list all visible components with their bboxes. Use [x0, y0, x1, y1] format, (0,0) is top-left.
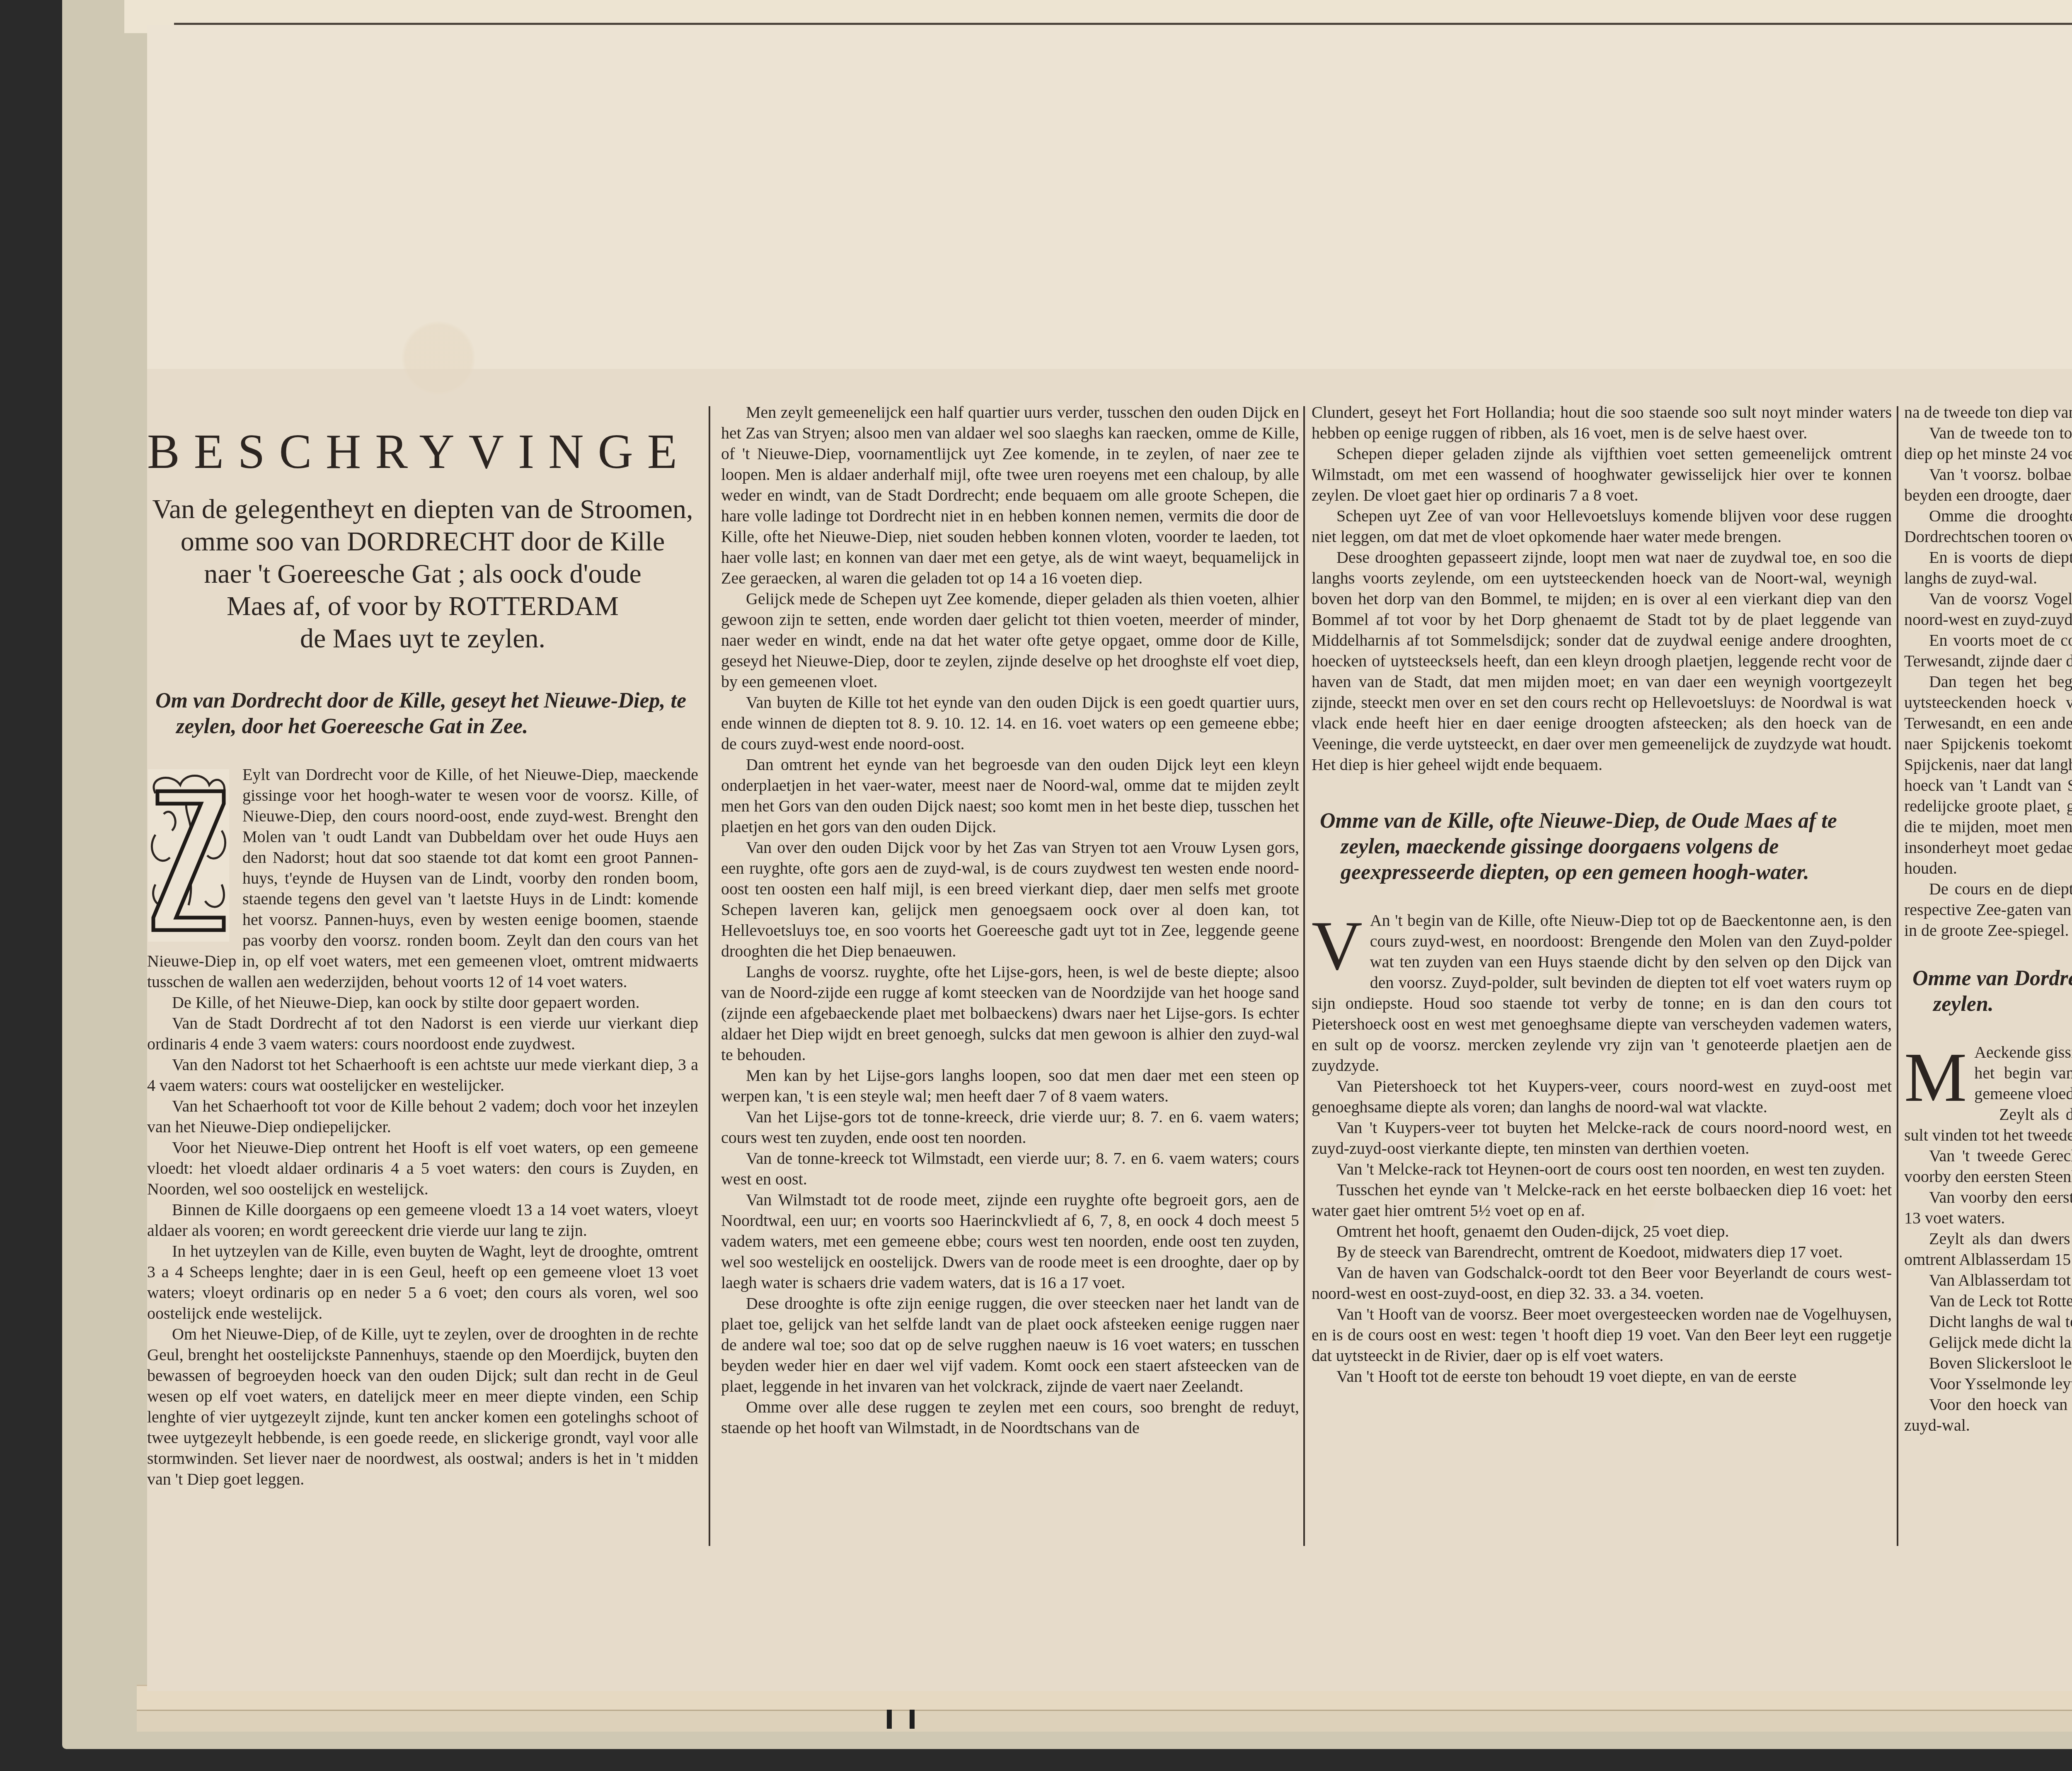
- paragraph: Zeylt als dan dwers over op Alblasserdam…: [1904, 1228, 2072, 1270]
- paragraph: Gelijck mede de Schepen uyt Zee komende,…: [721, 589, 1299, 692]
- paragraph: Men kan by het Lijse-gors langhs loopen,…: [721, 1065, 1299, 1107]
- paragraph: Omme die drooghte op het alderdiepste ov…: [1904, 506, 2072, 547]
- paragraph: Schepen dieper geladen zijnde als vijfth…: [1312, 443, 1892, 506]
- subtitle-line: omme soo van DORDRECHT door de Kille: [147, 526, 698, 558]
- paragraph: Van de haven van Godschalck-oordt tot de…: [1312, 1262, 1892, 1304]
- paragraph: Van Alblasserdam tot de Leck wint de die…: [1904, 1270, 2072, 1291]
- paragraph: Van over den ouden Dijck voor by het Zas…: [721, 837, 1299, 962]
- paragraph: De Kille, of het Nieuwe-Diep, kan oock b…: [147, 992, 698, 1013]
- paragraph: Dese drooghten gepasseert zijnde, loopt …: [1312, 547, 1892, 775]
- opening-paragraph: M Aeckende gissinge op het hoogh-water v…: [1904, 1042, 2072, 1104]
- subtitle-line: de Maes uyt te zeylen.: [147, 623, 698, 655]
- document-subtitle: Van de gelegentheyt en diepten van de St…: [147, 493, 698, 655]
- paragraph: na de tweede ton diep van 16 tot 19 voet…: [1904, 402, 2072, 423]
- paragraph: Voor het Nieuwe-Diep ontrent het Hooft i…: [147, 1137, 698, 1199]
- document-title: BESCHRYVINGE: [147, 423, 698, 481]
- paragraph: Dese drooghte is ofte zijn eenige ruggen…: [721, 1293, 1299, 1397]
- subtitle-line: Maes af, of voor by ROTTERDAM: [147, 590, 698, 623]
- paragraph: En voorts moet de cours genomen worden l…: [1904, 630, 2072, 671]
- paragraph: Voor Ysselmonde leyt een plaetjen, en is…: [1904, 1374, 2072, 1394]
- paragraph: En is voorts de diepte van de voorsz. Vo…: [1904, 547, 2072, 589]
- paragraph: Van de tweede ton tot het tweede bolbaec…: [1904, 423, 2072, 464]
- opening-paragraph: Eylt van Dordrecht voor de Kille, of het…: [147, 764, 698, 992]
- paragraph: Van Wilmstadt tot de roode meet, zijnde …: [721, 1190, 1299, 1293]
- paragraph: Van 't voorsz. bolbaecken tot de Vogelhu…: [1904, 464, 2072, 506]
- paragraph: Van buyten de Kille tot het eynde van de…: [721, 692, 1299, 754]
- paragraph: Voor den hoeck van Kralingen leyt een pl…: [1904, 1394, 2072, 1436]
- paragraph: Schepen uyt Zee of van voor Hellevoetslu…: [1312, 506, 1892, 547]
- paragraph: Gelijck mede dicht langhs de wal voor Cr…: [1904, 1332, 2072, 1353]
- binding-mark: [887, 1710, 892, 1729]
- section-heading: Omme van Dordrecht door het Noordt-diep …: [1912, 966, 2072, 1017]
- paragraph: Van den Nadorst tot het Schaerhooft is e…: [147, 1054, 698, 1096]
- paragraph: Om het Nieuwe-Diep, of de Kille, uyt te …: [147, 1324, 698, 1490]
- paragraph: Clundert, geseyt het Fort Hollandia; hou…: [1312, 402, 1892, 443]
- paragraph: Van voorby den eersten tot voorby den tw…: [1904, 1187, 2072, 1228]
- paragraph: Van 't Melcke-rack tot Heynen-oort de co…: [1312, 1159, 1892, 1180]
- paragraph: Van Pietershoeck tot het Kuypers-veer, c…: [1312, 1076, 1892, 1117]
- paragraph: Binnen de Kille doorgaens op een gemeene…: [147, 1199, 698, 1241]
- paragraph: Dan tegen het begin van 't voorsz Terwes…: [1904, 671, 2072, 879]
- paragraph: Omtrent het hooft, genaemt den Ouden-dij…: [1312, 1221, 1892, 1242]
- paragraph: Dan omtrent het eynde van het begroesde …: [721, 754, 1299, 837]
- paragraph: In het uytzeylen van de Kille, even buyt…: [147, 1241, 698, 1324]
- paragraph: By de steeck van Barendrecht, omtrent de…: [1312, 1242, 1892, 1262]
- decorated-initial-z-icon: [147, 768, 230, 942]
- section-heading: Omme van de Kille, ofte Nieuwe-Diep, de …: [1320, 808, 1892, 885]
- paragraph: Van de Stadt Dordrecht af tot den Nadors…: [147, 1013, 698, 1054]
- sheet-edge-bottom-lower: [137, 1710, 2072, 1732]
- paragraph: De cours en de diepten om van Hellevoets…: [1904, 879, 2072, 941]
- column-rule: [709, 406, 710, 1546]
- paragraph: Van de Leck tot Rotterdam genoeghsame di…: [1904, 1291, 2072, 1311]
- text-column-3: Clundert, geseyt het Fort Hollandia; hou…: [1312, 402, 1892, 1691]
- section-heading: Om van Dordrecht door de Kille, geseyt h…: [155, 688, 698, 739]
- paragraph: Van de tonne-kreeck tot Wilmstadt, een v…: [721, 1148, 1299, 1190]
- paragraph: Van 't Kuypers-veer tot buyten het Melck…: [1312, 1117, 1892, 1159]
- column-rule: [1897, 406, 1898, 1546]
- paragraph: Omme over alle dese ruggen te zeylen met…: [721, 1397, 1299, 1438]
- paragraph: Van het Lijse-gors tot de tonne-kreeck, …: [721, 1107, 1299, 1148]
- paragraph: Van de voorsz Vogelhuysen tot het Terwe-…: [1904, 589, 2072, 630]
- paragraph: Langhs de voorsz. ruyghte, ofte het Lijs…: [721, 962, 1299, 1065]
- paragraph: Boven Slickersloot leyt een plaetjen aen…: [1904, 1353, 2072, 1374]
- paragraph: Men zeylt gemeenelijck een half quartier…: [721, 402, 1299, 589]
- text-column-1: BESCHRYVINGE Van de gelegentheyt en diep…: [147, 402, 698, 1691]
- paragraph: Tusschen het eynde van 't Melcke-rack en…: [1312, 1180, 1892, 1221]
- document-page: GEMEENTE ARCHIEF ✽ ✽ DORDRECHT. BESCHRYV…: [147, 25, 2072, 1691]
- column-rule: [1303, 406, 1305, 1546]
- opening-paragraph: V An 't begin van de Kille, ofte Nieuw-D…: [1312, 910, 1892, 1076]
- subtitle-line: Van de gelegentheyt en diepten van de St…: [147, 493, 698, 526]
- paragraph: An 't begin van de Kille, ofte Nieuw-Die…: [1312, 910, 1892, 1076]
- paragraph: Van 't Hooft tot de eerste ton behoudt 1…: [1312, 1366, 1892, 1387]
- paragraph: Van het Schaerhooft tot voor de Kille be…: [147, 1096, 698, 1137]
- initial-letter: V: [1312, 914, 1363, 976]
- subtitle-line: naer 't Goereesche Gat ; als oock d'oude: [147, 558, 698, 590]
- initial-letter: M: [1904, 1046, 1967, 1108]
- paragraph: Van 't tweede Gerecht zeylt wat van de w…: [1904, 1146, 2072, 1187]
- paragraph: Dicht langhs de wal tegen Rijder-Kerck l…: [1904, 1311, 2072, 1332]
- paragraph: Van 't Hooft van de voorsz. Beer moet ov…: [1312, 1304, 1892, 1366]
- text-column-4: na de tweede ton diep van 16 tot 19 voet…: [1904, 402, 2072, 1691]
- binding-mark: [910, 1710, 915, 1729]
- text-column-2: Men zeylt gemeenelijck een half quartier…: [721, 402, 1299, 1691]
